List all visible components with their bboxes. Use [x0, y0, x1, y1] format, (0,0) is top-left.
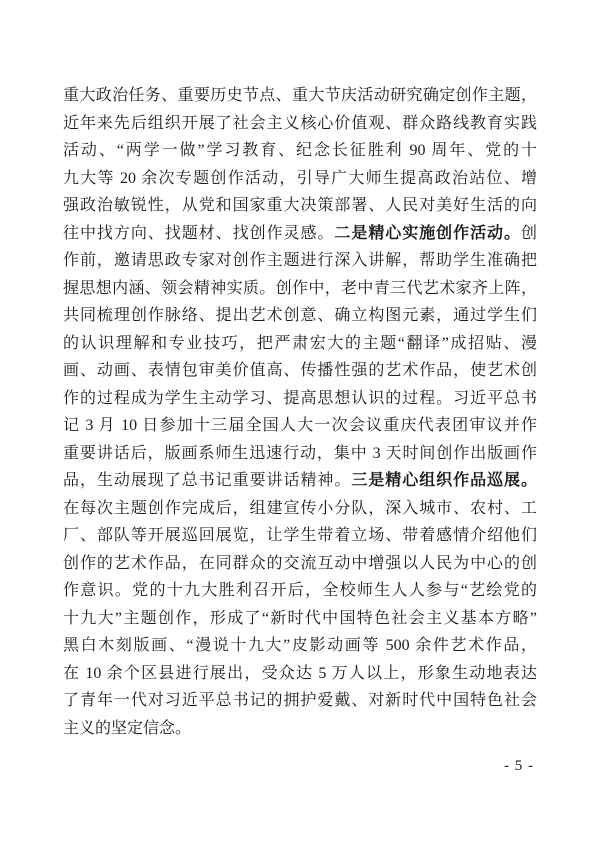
paragraph-text: 主义的坚定信念。	[63, 720, 191, 737]
paragraph-text: 创作的艺术作品，在同群众的交流互动中增强以人民为中心的创	[63, 555, 537, 572]
text-line: 作的过程成为学生主动学习、提高思想认识的过程。习近平总书	[63, 385, 537, 413]
paragraph-text: 在 10 余个区县进行展出，受众达 5 万人以上，形象生动地表达	[63, 665, 537, 682]
paragraph-text: 共同梳理创作脉络、提出艺术创意、确立构图元素，通过学生们	[63, 307, 537, 324]
paragraph-text: 握思想内涵、领会精神实质。创作中，老中青三代艺术家齐上阵，	[63, 280, 537, 297]
page-number: - 5 -	[504, 756, 534, 776]
text-line: 共同梳理创作脉络、提出艺术创意、确立构图元素，通过学生们	[63, 302, 537, 330]
paragraph-text: 黑白木刻版画、“漫说十九大”皮影动画等 500 余件艺术作品，	[63, 637, 537, 654]
paragraph-text: 九大等 20 余次专题创作活动，引导广大师生提高政治站位、增	[63, 170, 537, 187]
paragraph-text: 作前，邀请思政专家对创作主题进行深入讲解，帮助学生准确把	[63, 252, 537, 269]
paragraph-text: 作的过程成为学生主动学习、提高思想认识的过程。习近平总书	[63, 390, 537, 407]
text-line: 画、动画、表情包审美价值高、传播性强的艺术作品，使艺术创	[63, 357, 537, 385]
paragraph-text: 近年来先后组织开展了社会主义核心价值观、群众路线教育实践	[63, 115, 537, 132]
text-line: 十九大”主题创作，形成了“新时代中国特色社会主义基本方略”	[63, 605, 537, 633]
text-line: 强政治敏锐性，从党和国家重大决策部署、人民对美好生活的向	[63, 192, 537, 220]
paragraph-text: 重要讲话后，版画系师生迅速行动，集中 3 天时间创作出版画作	[63, 445, 537, 462]
paragraph-text: 厂、部队等开展巡回展览，让学生带着立场、带着感情介绍他们	[63, 527, 537, 544]
paragraph-text: 品，生动展现了总书记重要讲话精神。	[63, 472, 351, 489]
text-line: 在每次主题创作完成后，组建宣传小分队，深入城市、农村、工	[63, 495, 537, 523]
paragraph-text: 画、动画、表情包审美价值高、传播性强的艺术作品，使艺术创	[63, 362, 537, 379]
text-line: 重要讲话后，版画系师生迅速行动，集中 3 天时间创作出版画作	[63, 440, 537, 468]
text-line: 近年来先后组织开展了社会主义核心价值观、群众路线教育实践	[63, 110, 537, 138]
text-line: 品，生动展现了总书记重要讲话精神。三是精心组织作品巡展。	[63, 467, 537, 495]
paragraph-text: 活动、“两学一做”学习教育、纪念长征胜利 90 周年、党的十	[63, 142, 537, 159]
paragraph-text: 往中找方向、找题材、找创作灵感。	[63, 225, 334, 242]
text-line: 重大政治任务、重要历史节点、重大节庆活动研究确定创作主题，	[63, 82, 537, 110]
paragraph-text: 重大政治任务、重要历史节点、重大节庆活动研究确定创作主题，	[63, 87, 537, 104]
paragraph-text: 记 3 月 10 日参加十三届全国人大一次会议重庆代表团审议并作	[63, 417, 537, 434]
bold-emphasis-text: 三是精心组织作品巡展。	[351, 472, 537, 489]
paragraph-text: 的认识理解和专业技巧，把严肃宏大的主题“翻译”成招贴、漫	[63, 335, 537, 352]
text-line: 创作的艺术作品，在同群众的交流互动中增强以人民为中心的创	[63, 550, 537, 578]
text-line: 握思想内涵、领会精神实质。创作中，老中青三代艺术家齐上阵，	[63, 275, 537, 303]
text-line: 活动、“两学一做”学习教育、纪念长征胜利 90 周年、党的十	[63, 137, 537, 165]
text-line: 黑白木刻版画、“漫说十九大”皮影动画等 500 余件艺术作品，	[63, 632, 537, 660]
paragraph-text: 了青年一代对习近平总书记的拥护爱戴、对新时代中国特色社会	[63, 692, 537, 709]
bold-emphasis-text: 二是精心实施创作活动。	[334, 225, 521, 242]
text-line: 作意识。党的十九大胜利召开后，全校师生人人参与“艺绘党的	[63, 577, 537, 605]
text-line: 了青年一代对习近平总书记的拥护爱戴、对新时代中国特色社会	[63, 687, 537, 715]
text-line: 往中找方向、找题材、找创作灵感。二是精心实施创作活动。创	[63, 220, 537, 248]
text-line: 主义的坚定信念。	[63, 715, 537, 743]
text-line: 作前，邀请思政专家对创作主题进行深入讲解，帮助学生准确把	[63, 247, 537, 275]
text-line: 厂、部队等开展巡回展览，让学生带着立场、带着感情介绍他们	[63, 522, 537, 550]
text-line: 记 3 月 10 日参加十三届全国人大一次会议重庆代表团审议并作	[63, 412, 537, 440]
paragraph-text: 强政治敏锐性，从党和国家重大决策部署、人民对美好生活的向	[63, 197, 537, 214]
paragraph-text: 作意识。党的十九大胜利召开后，全校师生人人参与“艺绘党的	[63, 582, 537, 599]
paragraph-text: 在每次主题创作完成后，组建宣传小分队，深入城市、农村、工	[63, 500, 537, 517]
text-line: 在 10 余个区县进行展出，受众达 5 万人以上，形象生动地表达	[63, 660, 537, 688]
text-line: 的认识理解和专业技巧，把严肃宏大的主题“翻译”成招贴、漫	[63, 330, 537, 358]
paragraph-text: 十九大”主题创作，形成了“新时代中国特色社会主义基本方略”	[63, 610, 537, 627]
paragraph-text: 创	[521, 225, 537, 242]
document-page: 重大政治任务、重要历史节点、重大节庆活动研究确定创作主题，近年来先后组织开展了社…	[0, 0, 600, 849]
text-line: 九大等 20 余次专题创作活动，引导广大师生提高政治站位、增	[63, 165, 537, 193]
body-text: 重大政治任务、重要历史节点、重大节庆活动研究确定创作主题，近年来先后组织开展了社…	[63, 82, 537, 742]
